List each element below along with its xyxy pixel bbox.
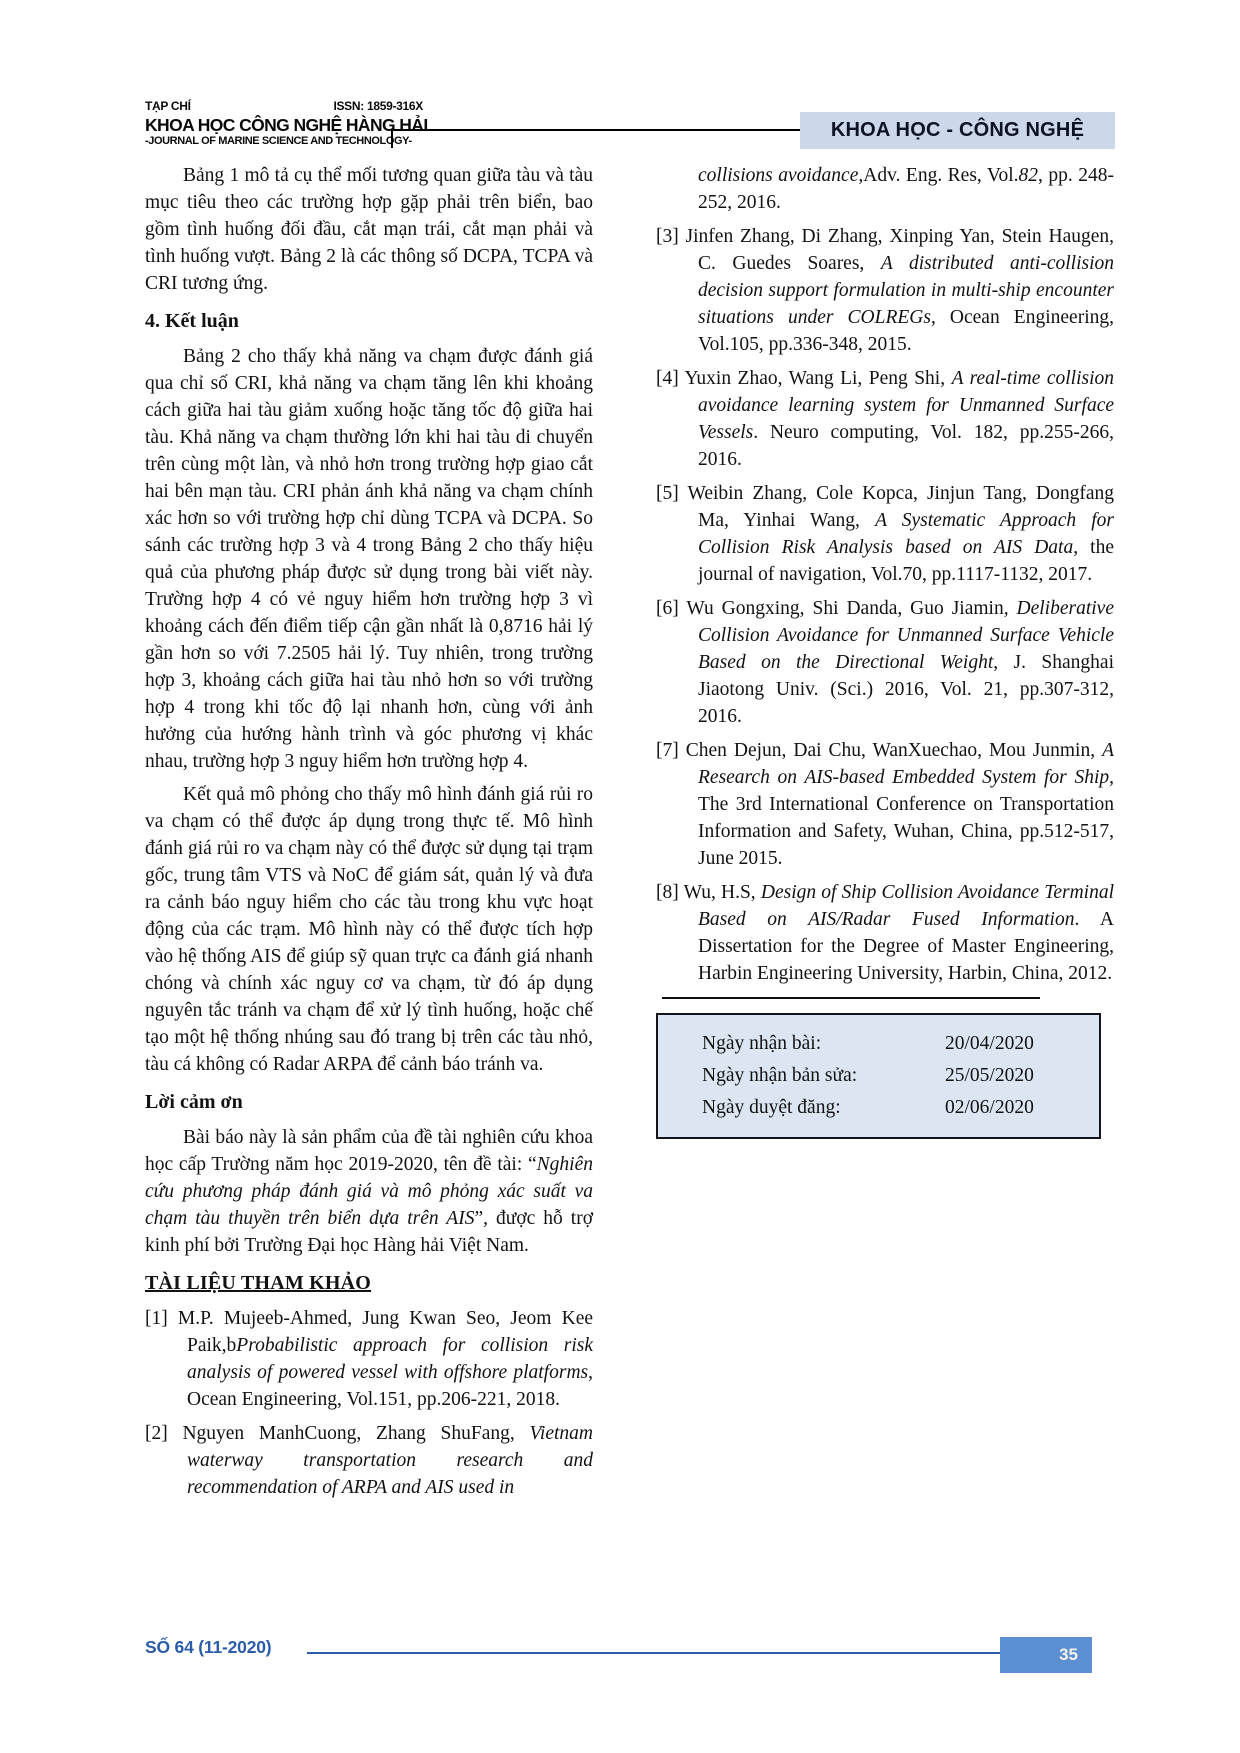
column-right: collisions avoidance,Adv. Eng. Res, Vol.… [656, 162, 1114, 1139]
reference-item-2: [2] Nguyen ManhCuong, Zhang ShuFang, Vie… [145, 1420, 593, 1501]
revised-date-value: 25/05/2020 [945, 1060, 1083, 1092]
reference-item-6: [6] Wu Gongxing, Shi Danda, Guo Jiamin, … [656, 595, 1114, 730]
accepted-date-value: 02/06/2020 [945, 1092, 1083, 1124]
conclusion-heading: 4. Kết luận [145, 308, 593, 335]
accepted-date-label: Ngày duyệt đăng: [702, 1092, 945, 1124]
submission-dates-box: Ngày nhận bài: 20/04/2020 Ngày nhận bản … [656, 1013, 1101, 1139]
received-date-label: Ngày nhận bài: [702, 1028, 945, 1060]
acknowledgment-paragraph: Bài báo này là sản phẩm của đề tài nghiê… [145, 1124, 593, 1259]
journal-issn: ISSN: 1859-316X [333, 100, 423, 113]
references-heading: TÀI LIỆU THAM KHẢO [145, 1270, 593, 1297]
reference-item-4: [4] Yuxin Zhao, Wang Li, Peng Shi, A rea… [656, 365, 1114, 473]
journal-title: KHOA HỌC CÔNG NGHỆ HÀNG HẢI [145, 116, 423, 134]
accepted-date-row: Ngày duyệt đăng: 02/06/2020 [702, 1092, 1083, 1124]
received-date-value: 20/04/2020 [945, 1028, 1083, 1060]
section-label: KHOA HỌC - CÔNG NGHỆ [800, 112, 1115, 149]
revised-date-row: Ngày nhận bản sửa: 25/05/2020 [702, 1060, 1083, 1092]
end-of-references-rule [662, 997, 1040, 999]
page-number-badge: 35 [1000, 1637, 1092, 1673]
masthead-connector-line [391, 129, 800, 131]
acknowledgment-heading: Lời cảm ơn [145, 1089, 593, 1116]
column-left: Bảng 1 mô tả cụ thể mối tương quan giữa … [145, 162, 593, 1508]
reference-item-8: [8] Wu, H.S, Design of Ship Collision Av… [656, 879, 1114, 987]
journal-page: TẠP CHÍ ISSN: 1859-316X KHOA HỌC CÔNG NG… [0, 0, 1240, 1753]
journal-tagline: TẠP CHÍ [145, 100, 191, 113]
reference-item-2-continuation: collisions avoidance,Adv. Eng. Res, Vol.… [656, 162, 1114, 216]
intro-paragraph: Bảng 1 mô tả cụ thể mối tương quan giữa … [145, 162, 593, 297]
received-date-row: Ngày nhận bài: 20/04/2020 [702, 1028, 1083, 1060]
journal-logo: TẠP CHÍ ISSN: 1859-316X KHOA HỌC CÔNG NG… [145, 100, 423, 148]
reference-item-5: [5] Weibin Zhang, Cole Kopca, Jinjun Tan… [656, 480, 1114, 588]
conclusion-paragraph-1: Bảng 2 cho thấy khả năng va chạm được đá… [145, 343, 593, 775]
conclusion-paragraph-2: Kết quả mô phỏng cho thấy mô hình đánh g… [145, 781, 593, 1078]
revised-date-label: Ngày nhận bản sửa: [702, 1060, 945, 1092]
reference-item-7: [7] Chen Dejun, Dai Chu, WanXuechao, Mou… [656, 737, 1114, 872]
journal-logo-top-row: TẠP CHÍ ISSN: 1859-316X [145, 100, 423, 113]
reference-item-3: [3] Jinfen Zhang, Di Zhang, Xinping Yan,… [656, 223, 1114, 358]
footer-rule [307, 1652, 1000, 1654]
reference-item-1: [1] M.P. Mujeeb-Ahmed, Jung Kwan Seo, Je… [145, 1305, 593, 1413]
masthead-connector-vertical [391, 129, 393, 148]
footer-issue-label: SỐ 64 (11-2020) [145, 1637, 271, 1658]
journal-subtitle: -JOURNAL OF MARINE SCIENCE AND TECHNOLOG… [145, 136, 423, 148]
